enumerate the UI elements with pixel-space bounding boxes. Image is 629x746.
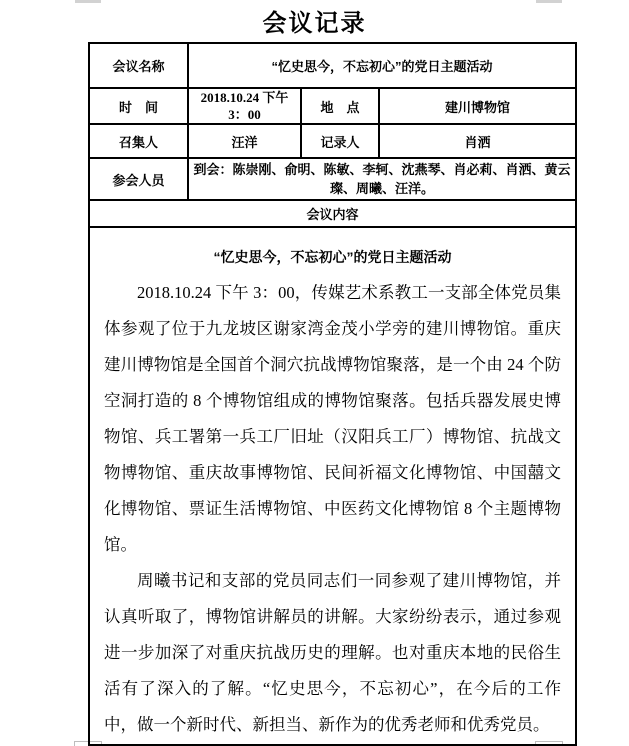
row-convener-recorder: 召集人 汪洋 记录人 肖洒 — [89, 124, 576, 158]
content-cell: “忆史思今，不忘初心”的党日主题活动 2018.10.24 下午 3：00，传媒… — [89, 227, 576, 745]
content-paragraph: 周曦书记和支部的党员同志们一同参观了建川博物馆，并认真听取了，博物馆讲解员的讲解… — [92, 563, 573, 743]
row-participants: 参会人员 到会：陈崇刚、俞明、陈敏、李轲、沈燕琴、肖必莉、肖洒、黄云璨、周曦、汪… — [89, 158, 576, 200]
convener-label: 召集人 — [89, 124, 188, 158]
page-title: 会议记录 — [0, 3, 629, 38]
row-content-header: 会议内容 — [89, 200, 576, 227]
convener-value: 汪洋 — [188, 124, 301, 158]
place-label: 地 点 — [301, 88, 379, 124]
meeting-record-table: 会议名称 “忆史思今，不忘初心”的党日主题活动 时 间 2018.10.24 下… — [88, 42, 577, 746]
recorder-value: 肖洒 — [379, 124, 576, 158]
row-meeting-name: 会议名称 “忆史思今，不忘初心”的党日主题活动 — [89, 43, 576, 88]
document-page: 会议记录 会议名称 “忆史思今，不忘初心”的党日主题活动 时 间 2018.10… — [0, 0, 629, 746]
place-value: 建川博物馆 — [379, 88, 576, 124]
meeting-name-label: 会议名称 — [89, 43, 188, 88]
content-body: 2018.10.24 下午 3：00，传媒艺术系教工一支部全体党员集体参观了位于… — [92, 275, 573, 743]
row-time-place: 时 间 2018.10.24 下午3：00 地 点 建川博物馆 — [89, 88, 576, 124]
time-label: 时 间 — [89, 88, 188, 124]
participants-label: 参会人员 — [89, 158, 188, 200]
meeting-name-value: “忆史思今，不忘初心”的党日主题活动 — [188, 43, 576, 88]
content-header: 会议内容 — [89, 200, 576, 227]
row-content: “忆史思今，不忘初心”的党日主题活动 2018.10.24 下午 3：00，传媒… — [89, 227, 576, 745]
participants-value: 到会：陈崇刚、俞明、陈敏、李轲、沈燕琴、肖必莉、肖洒、黄云璨、周曦、汪洋。 — [188, 158, 576, 200]
content-heading: “忆史思今，不忘初心”的党日主题活动 — [92, 229, 573, 275]
time-value: 2018.10.24 下午3：00 — [188, 88, 301, 124]
content-paragraph: 2018.10.24 下午 3：00，传媒艺术系教工一支部全体党员集体参观了位于… — [92, 275, 573, 563]
recorder-label: 记录人 — [301, 124, 379, 158]
